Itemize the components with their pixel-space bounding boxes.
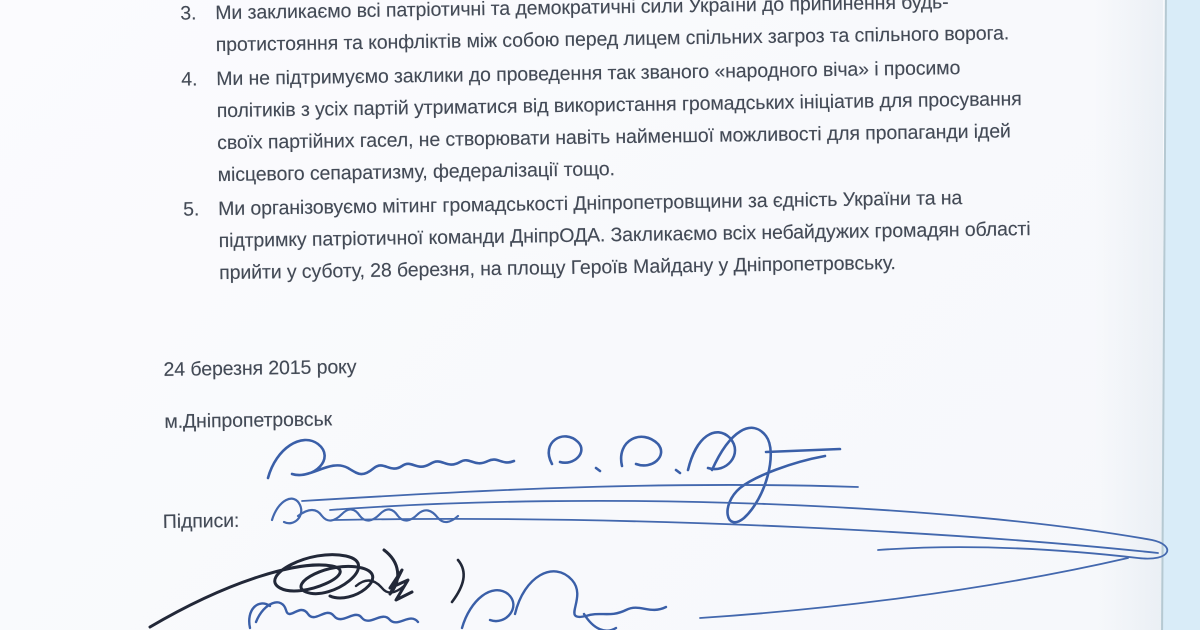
- list-item-text: Ми організовуємо мітинг громадськості Дн…: [218, 180, 1134, 290]
- signature-blue-partial-right: [462, 571, 666, 630]
- signature-dark-scribble: [150, 550, 464, 627]
- document-content: 3. Ми закликаємо всі патріотичні та демо…: [155, 0, 1134, 292]
- list-item-4: 4. Ми не підтримуємо заклики до проведен…: [156, 50, 1133, 192]
- list-number: 3.: [180, 0, 197, 30]
- list-number: 4.: [181, 63, 198, 95]
- numbered-list: 3. Ми закликаємо всі патріотичні та демо…: [155, 0, 1134, 290]
- signature-blue-sweep: [272, 499, 1167, 618]
- signature-blue-partial-left: [249, 602, 418, 628]
- list-number: 5.: [183, 193, 200, 225]
- list-item-text: Ми не підтримуємо заклики до проведення …: [216, 50, 1133, 192]
- handwritten-signatures: [0, 380, 1200, 630]
- list-item-5: 5. Ми організовуємо мітинг громадськості…: [158, 180, 1134, 290]
